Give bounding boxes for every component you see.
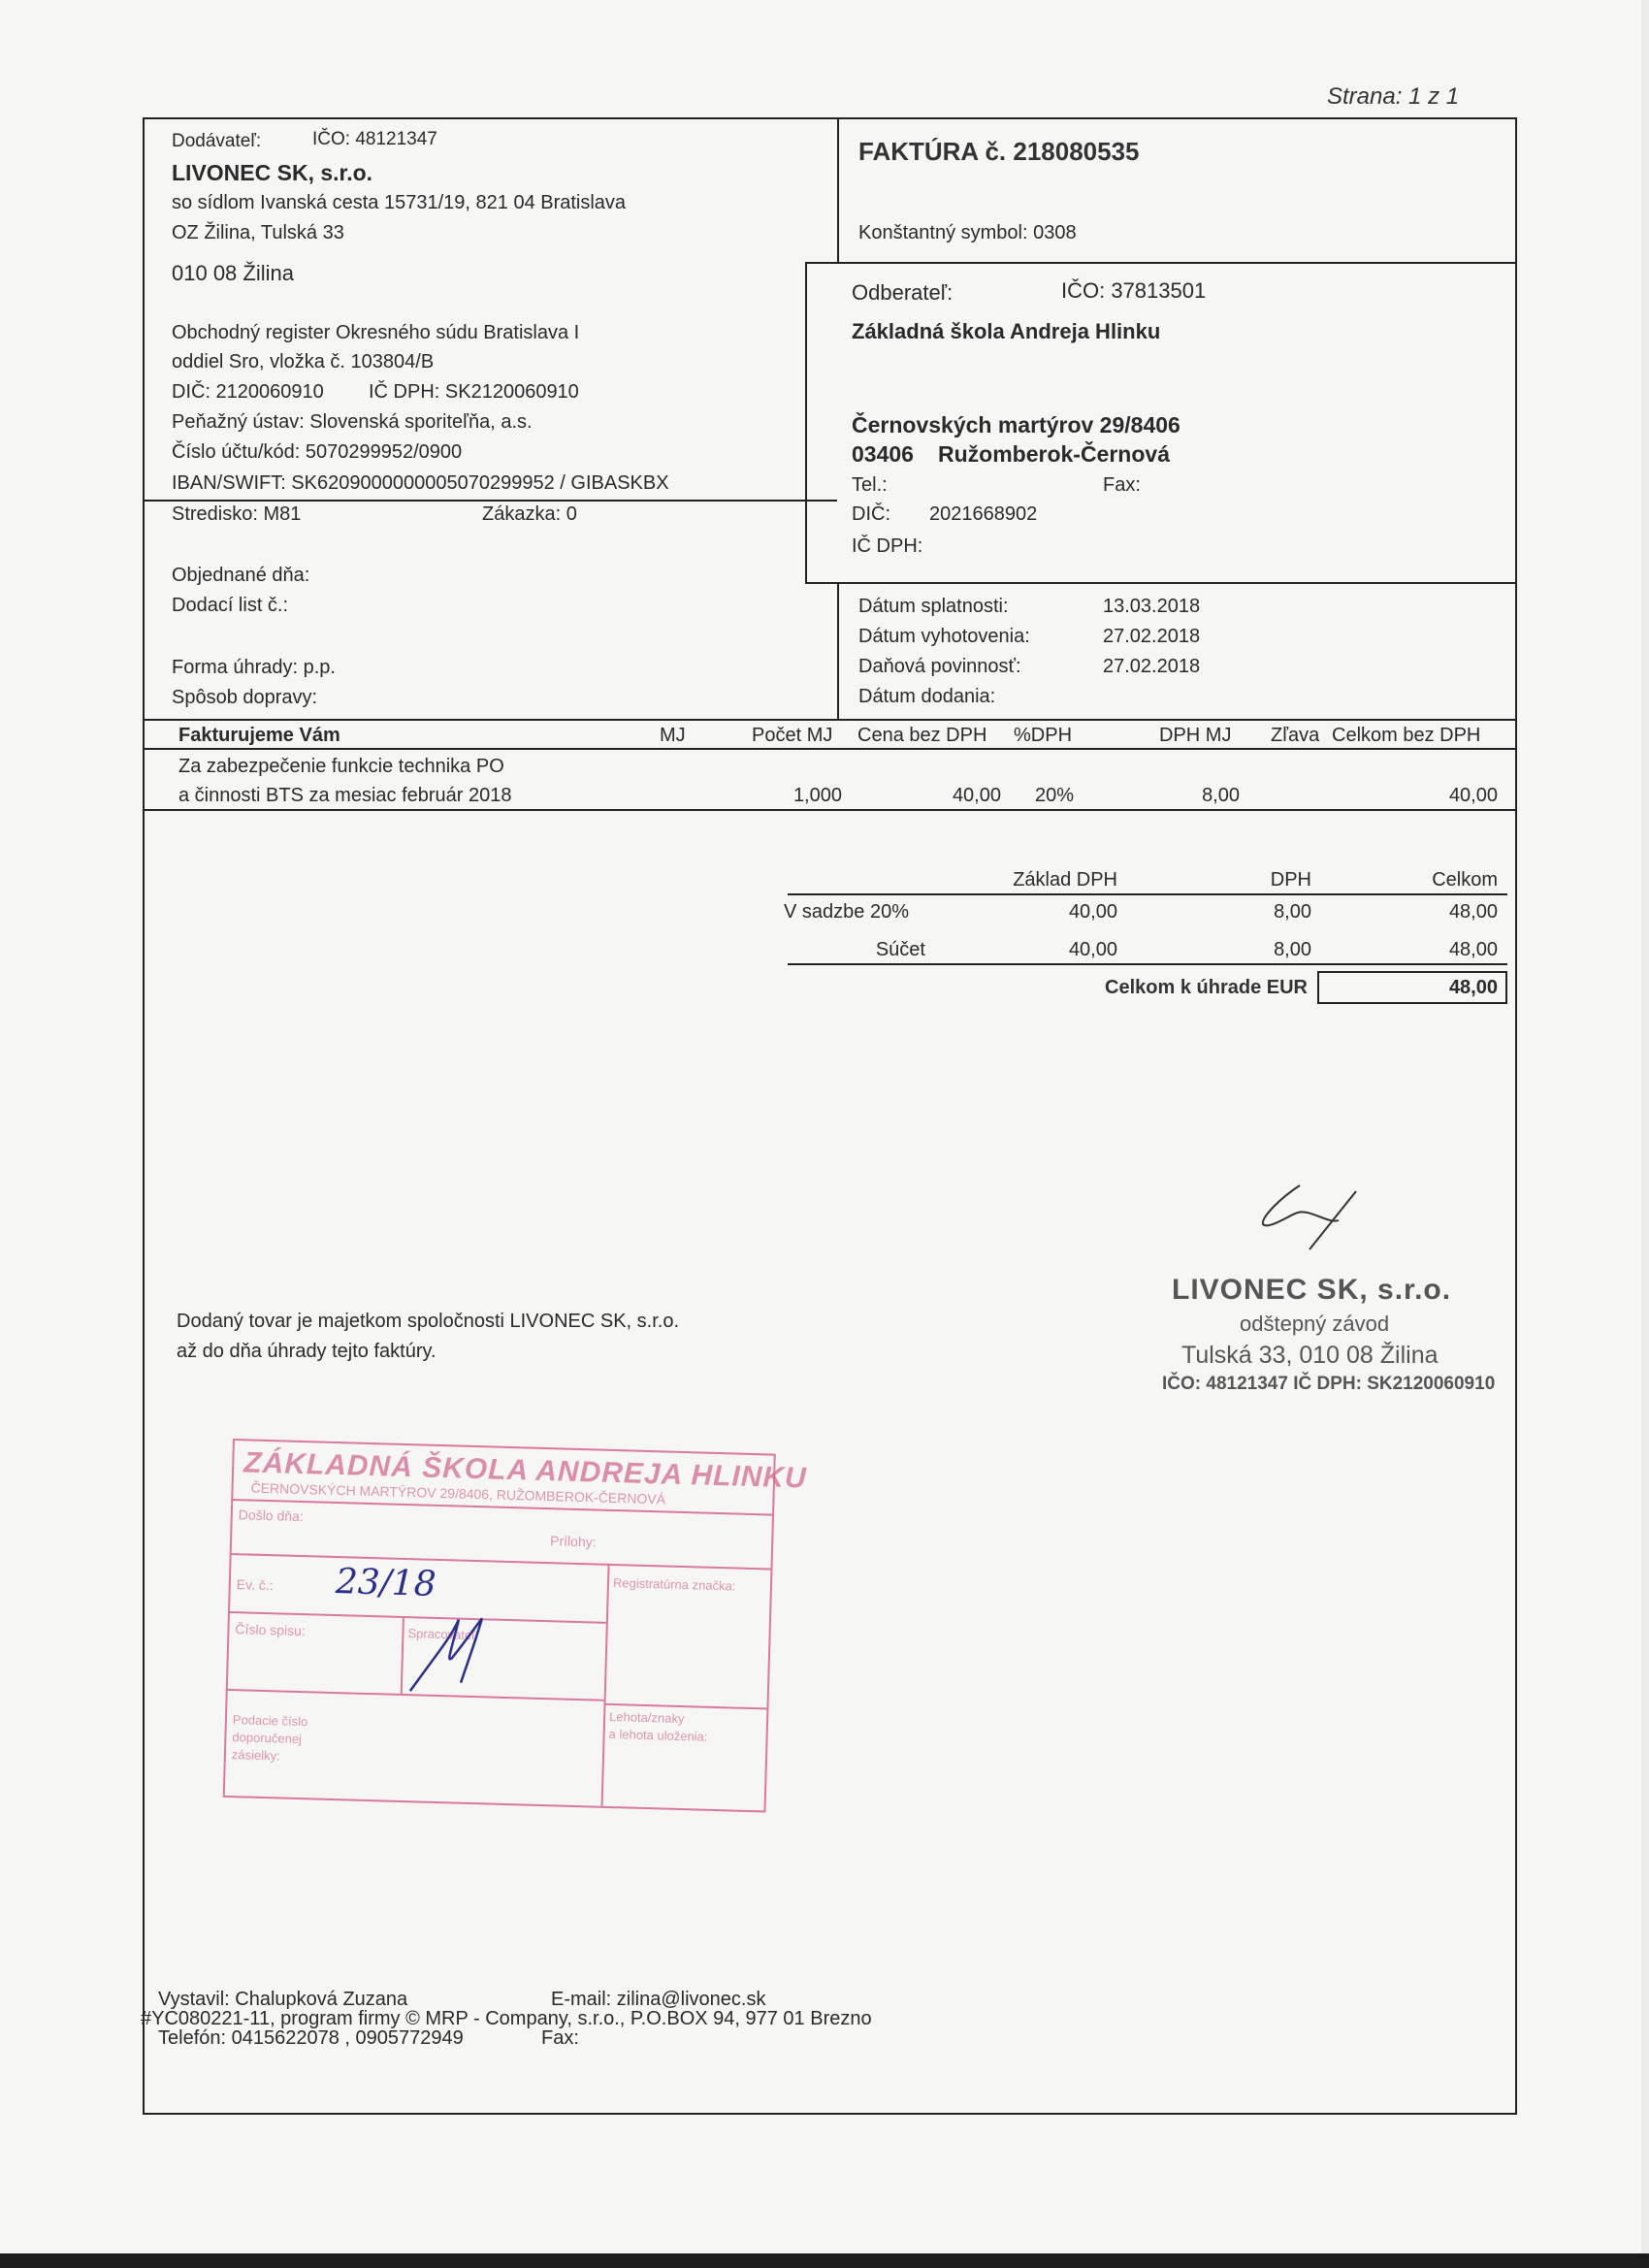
sposob-dopravy: Spôsob dopravy:: [172, 686, 317, 709]
supplier-label: Dodávateľ:: [172, 130, 261, 153]
vat-row-base: 40,00: [970, 900, 1117, 923]
supplier-name: LIVONEC SK, s.r.o.: [172, 161, 372, 184]
vat-header-vat: DPH: [1212, 868, 1311, 891]
vat-sum-base: 40,00: [970, 938, 1117, 961]
due-value: 48,00: [1319, 976, 1498, 999]
page-indicator: Strana: 1 z 1: [1327, 85, 1459, 109]
registry-ev-c-value: 23/18: [335, 1562, 436, 1604]
supplier-branch: OZ Žilina, Tulská 33: [172, 221, 344, 244]
scan-edge-bottom: [0, 2253, 1649, 2268]
vat-row-vat: 8,00: [1212, 900, 1311, 923]
registry-stamp: ZÁKLADNÁ ŠKOLA ANDREJA HLINKU ČERNOVSKÝC…: [223, 1439, 776, 1812]
supplier-city: 010 08 Žilina: [172, 262, 294, 285]
vat-header-line: [788, 893, 1507, 895]
registry-dorslo: Došlo dňa:: [239, 1507, 304, 1524]
registry-ulozenia: a lehota uloženia:: [608, 1727, 707, 1744]
scan-edge-right: [1641, 0, 1649, 2253]
item-dph-mj: 8,00: [1135, 784, 1240, 807]
constant-symbol: Konštantný symbol: 0308: [858, 221, 1077, 244]
date-value: 27.02.2018: [1103, 625, 1200, 648]
dodaci-list: Dodací list č.:: [172, 594, 288, 617]
company-stamp-line2: odštepný závod: [1240, 1312, 1389, 1337]
item-pct: 20%: [1035, 784, 1074, 807]
company-stamp-line3: Tulská 33, 010 08 Žilina: [1181, 1342, 1439, 1370]
supplier-dic: DIČ: 2120060910: [172, 380, 324, 404]
handwritten-initials-icon: [401, 1608, 500, 1699]
date-label: Dátum dodania:: [858, 685, 995, 708]
registry-podacie-1: Podacie číslo: [233, 1712, 308, 1729]
date-label: Dátum vyhotovenia:: [858, 625, 1030, 648]
vat-sum-line: [788, 963, 1507, 965]
vat-sum-total: 48,00: [1377, 938, 1498, 961]
vat-sum-label: Súčet: [784, 938, 925, 961]
registry-cislo-spisu: Číslo spisu:: [235, 1621, 306, 1638]
vat-row-total: 48,00: [1377, 900, 1498, 923]
company-stamp-line4: IČO: 48121347 IČ DPH: SK2120060910: [1162, 1374, 1495, 1395]
supplier-ic-dph: IČ DPH: SK2120060910: [369, 380, 579, 404]
registry-podacie-2: doporučenej: [232, 1730, 302, 1746]
customer-zip: 03406: [852, 442, 914, 466]
vat-header-total: Celkom: [1377, 868, 1498, 891]
vat-row-label: V sadzbe 20%: [784, 900, 909, 923]
col-dph-mj-header: DPH MJ: [1159, 724, 1231, 747]
supplier-seat: so sídlom Ivanská cesta 15731/19, 821 04…: [172, 191, 626, 214]
registry-lehota: Lehota/znaky: [609, 1709, 685, 1726]
company-stamp-name: LIVONEC SK, s.r.o.: [1172, 1274, 1451, 1307]
col-pocet-header: Počet MJ: [752, 724, 832, 747]
registry-prilohy: Prílohy:: [550, 1533, 597, 1549]
customer-tel-label: Tel.:: [852, 473, 888, 497]
table-bottom-line: [143, 809, 1517, 811]
customer-dic-value: 2021668902: [929, 502, 1037, 526]
objednane-dna: Objednané dňa:: [172, 564, 309, 587]
registry-ev-c: Ev. č.:: [237, 1576, 274, 1593]
supplier-register-2: oddiel Sro, vložka č. 103804/B: [172, 350, 434, 373]
item-desc-line1: Za zabezpečenie funkcie technika PO: [178, 755, 504, 778]
invoice-title: FAKTÚRA č. 218080535: [858, 137, 1140, 166]
customer-city: Ružomberok-Černová: [938, 442, 1170, 466]
vat-header-base: Základ DPH: [931, 868, 1117, 891]
customer-label: Odberateľ:: [852, 281, 953, 305]
signature-icon: [1251, 1174, 1387, 1271]
ownership-note-line2: až do dňa úhrady tejto faktúry.: [177, 1340, 436, 1363]
col-celkom-header: Celkom bez DPH: [1332, 724, 1480, 747]
forma-uhrady: Forma úhrady: p.p.: [172, 656, 336, 679]
date-label: Dátum splatnosti:: [858, 595, 1009, 618]
item-pocet: 1,000: [737, 784, 842, 807]
col-mj-header: MJ: [660, 724, 686, 747]
col-cena-header: Cena bez DPH: [857, 724, 986, 747]
col-pct-header: %DPH: [1014, 724, 1072, 747]
item-desc-line2: a činnosti BTS za mesiac február 2018: [178, 784, 512, 807]
dates-divider: [837, 582, 839, 720]
customer-fax-label: Fax:: [1103, 473, 1141, 497]
customer-name: Základná škola Andreja Hlinku: [852, 320, 1160, 343]
zakazka: Zákazka: 0: [482, 502, 577, 526]
customer-dic-label: DIČ:: [852, 502, 890, 526]
customer-ic-dph-label: IČ DPH:: [852, 535, 922, 558]
footer-fax: Fax:: [541, 2026, 579, 2050]
col-desc-header: Fakturujeme Vám: [178, 724, 340, 747]
customer-street: Černovských martýrov 29/8406: [852, 413, 1180, 437]
supplier-divider: [143, 500, 837, 502]
col-zlava-header: Zľava: [1271, 724, 1319, 747]
registry-podacie-3: zásielky:: [232, 1747, 280, 1763]
stredisko: Stredisko: M81: [172, 502, 301, 526]
item-celkom: 40,00: [1377, 784, 1498, 807]
ownership-note-line1: Dodaný tovar je majetkom spoločnosti LIV…: [177, 1310, 679, 1333]
supplier-account: Číslo účtu/kód: 5070299952/0900: [172, 440, 462, 464]
item-cena: 40,00: [902, 784, 1001, 807]
date-value: 13.03.2018: [1103, 595, 1200, 618]
customer-ico: IČO: 37813501: [1061, 279, 1206, 303]
supplier-ico: IČO: 48121347: [312, 128, 437, 151]
table-top-line: [143, 719, 1517, 721]
due-label: Celkom k úhrade EUR: [980, 976, 1308, 999]
table-header-line: [143, 748, 1517, 750]
supplier-iban: IBAN/SWIFT: SK6209000000005070299952 / G…: [172, 471, 669, 495]
supplier-register-1: Obchodný register Okresného súdu Bratisl…: [172, 321, 579, 344]
footer-telefon: Telefón: 0415622078 , 0905772949: [158, 2026, 464, 2050]
vat-sum-vat: 8,00: [1212, 938, 1311, 961]
date-label: Daňová povinnosť:: [858, 655, 1021, 678]
header-divider: [837, 117, 839, 263]
date-value: 27.02.2018: [1103, 655, 1200, 678]
supplier-bank: Peňažný ústav: Slovenská sporiteľňa, a.s…: [172, 410, 533, 434]
